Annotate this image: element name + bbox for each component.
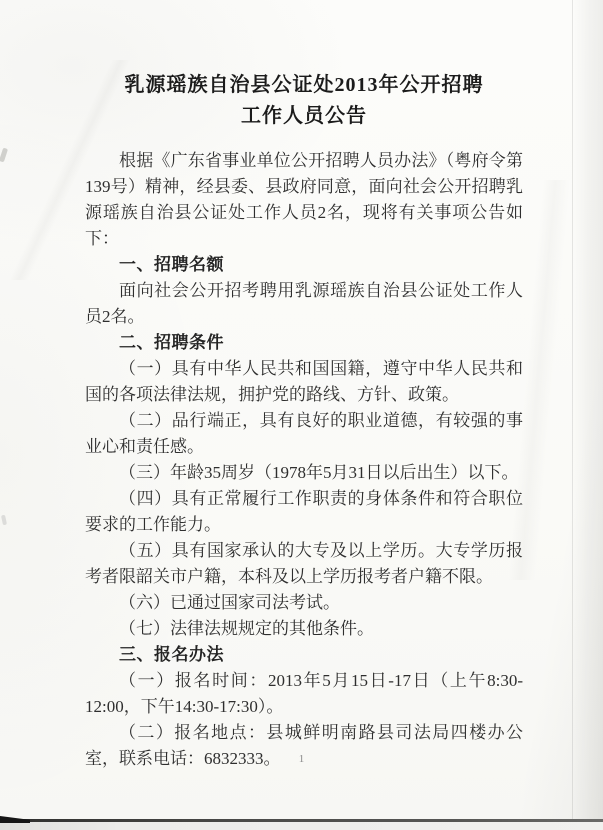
document-body: 乳源瑶族自治县公证处2013年公开招聘 工作人员公告 根据《广东省事业单位公开招… <box>85 70 523 772</box>
condition-item-3: （三）年龄35周岁（1978年5月31日以后出生）以下。 <box>85 460 523 486</box>
page-number: 1 <box>0 753 603 765</box>
condition-item-2: （二）品行端正，具有良好的职业道德，有较强的事业心和责任感。 <box>85 408 523 460</box>
paragraph-intro: 根据《广东省事业单位公开招聘人员办法》（粤府令第139号）精神，经县委、县政府同… <box>85 148 523 252</box>
section-heading-2: 二、招聘条件 <box>85 330 523 356</box>
section-heading-3: 三、报名办法 <box>85 642 523 668</box>
document-title-line2: 工作人员公告 <box>85 101 523 132</box>
paper-bottom-edge-corner <box>0 816 30 823</box>
condition-item-4: （四）具有正常履行工作职责的身体条件和符合职位要求的工作能力。 <box>85 486 523 538</box>
scanner-background <box>0 822 603 830</box>
scan-right-edge-shadow <box>572 0 603 820</box>
condition-item-6: （六）已通过国家司法考试。 <box>85 590 523 616</box>
condition-item-5: （五）具有国家承认的大专及以上学历。大专学历报考者限韶关市户籍，本科及以上学历报… <box>85 538 523 590</box>
registration-time-item: （一）报名时间：2013年5月15日-17日（上午8:30-12:00，下午14… <box>85 668 523 720</box>
document-title-line1: 乳源瑶族自治县公证处2013年公开招聘 <box>85 70 523 101</box>
document-title: 乳源瑶族自治县公证处2013年公开招聘 工作人员公告 <box>85 70 523 132</box>
condition-item-1: （一）具有中华人民共和国国籍，遵守中华人民共和国的各项法律法规，拥护党的路线、方… <box>85 356 523 408</box>
section-heading-1: 一、招聘名额 <box>85 252 523 278</box>
paper-bottom-edge <box>0 819 603 822</box>
condition-item-7: （七）法律法规规定的其他条件。 <box>85 616 523 642</box>
scanned-document-page: 乳源瑶族自治县公证处2013年公开招聘 工作人员公告 根据《广东省事业单位公开招… <box>0 0 603 830</box>
paragraph-quota: 面向社会公开招考聘用乳源瑶族自治县公证处工作人员2名。 <box>85 278 523 330</box>
scan-speck <box>1 515 7 526</box>
scan-speck <box>0 148 8 163</box>
